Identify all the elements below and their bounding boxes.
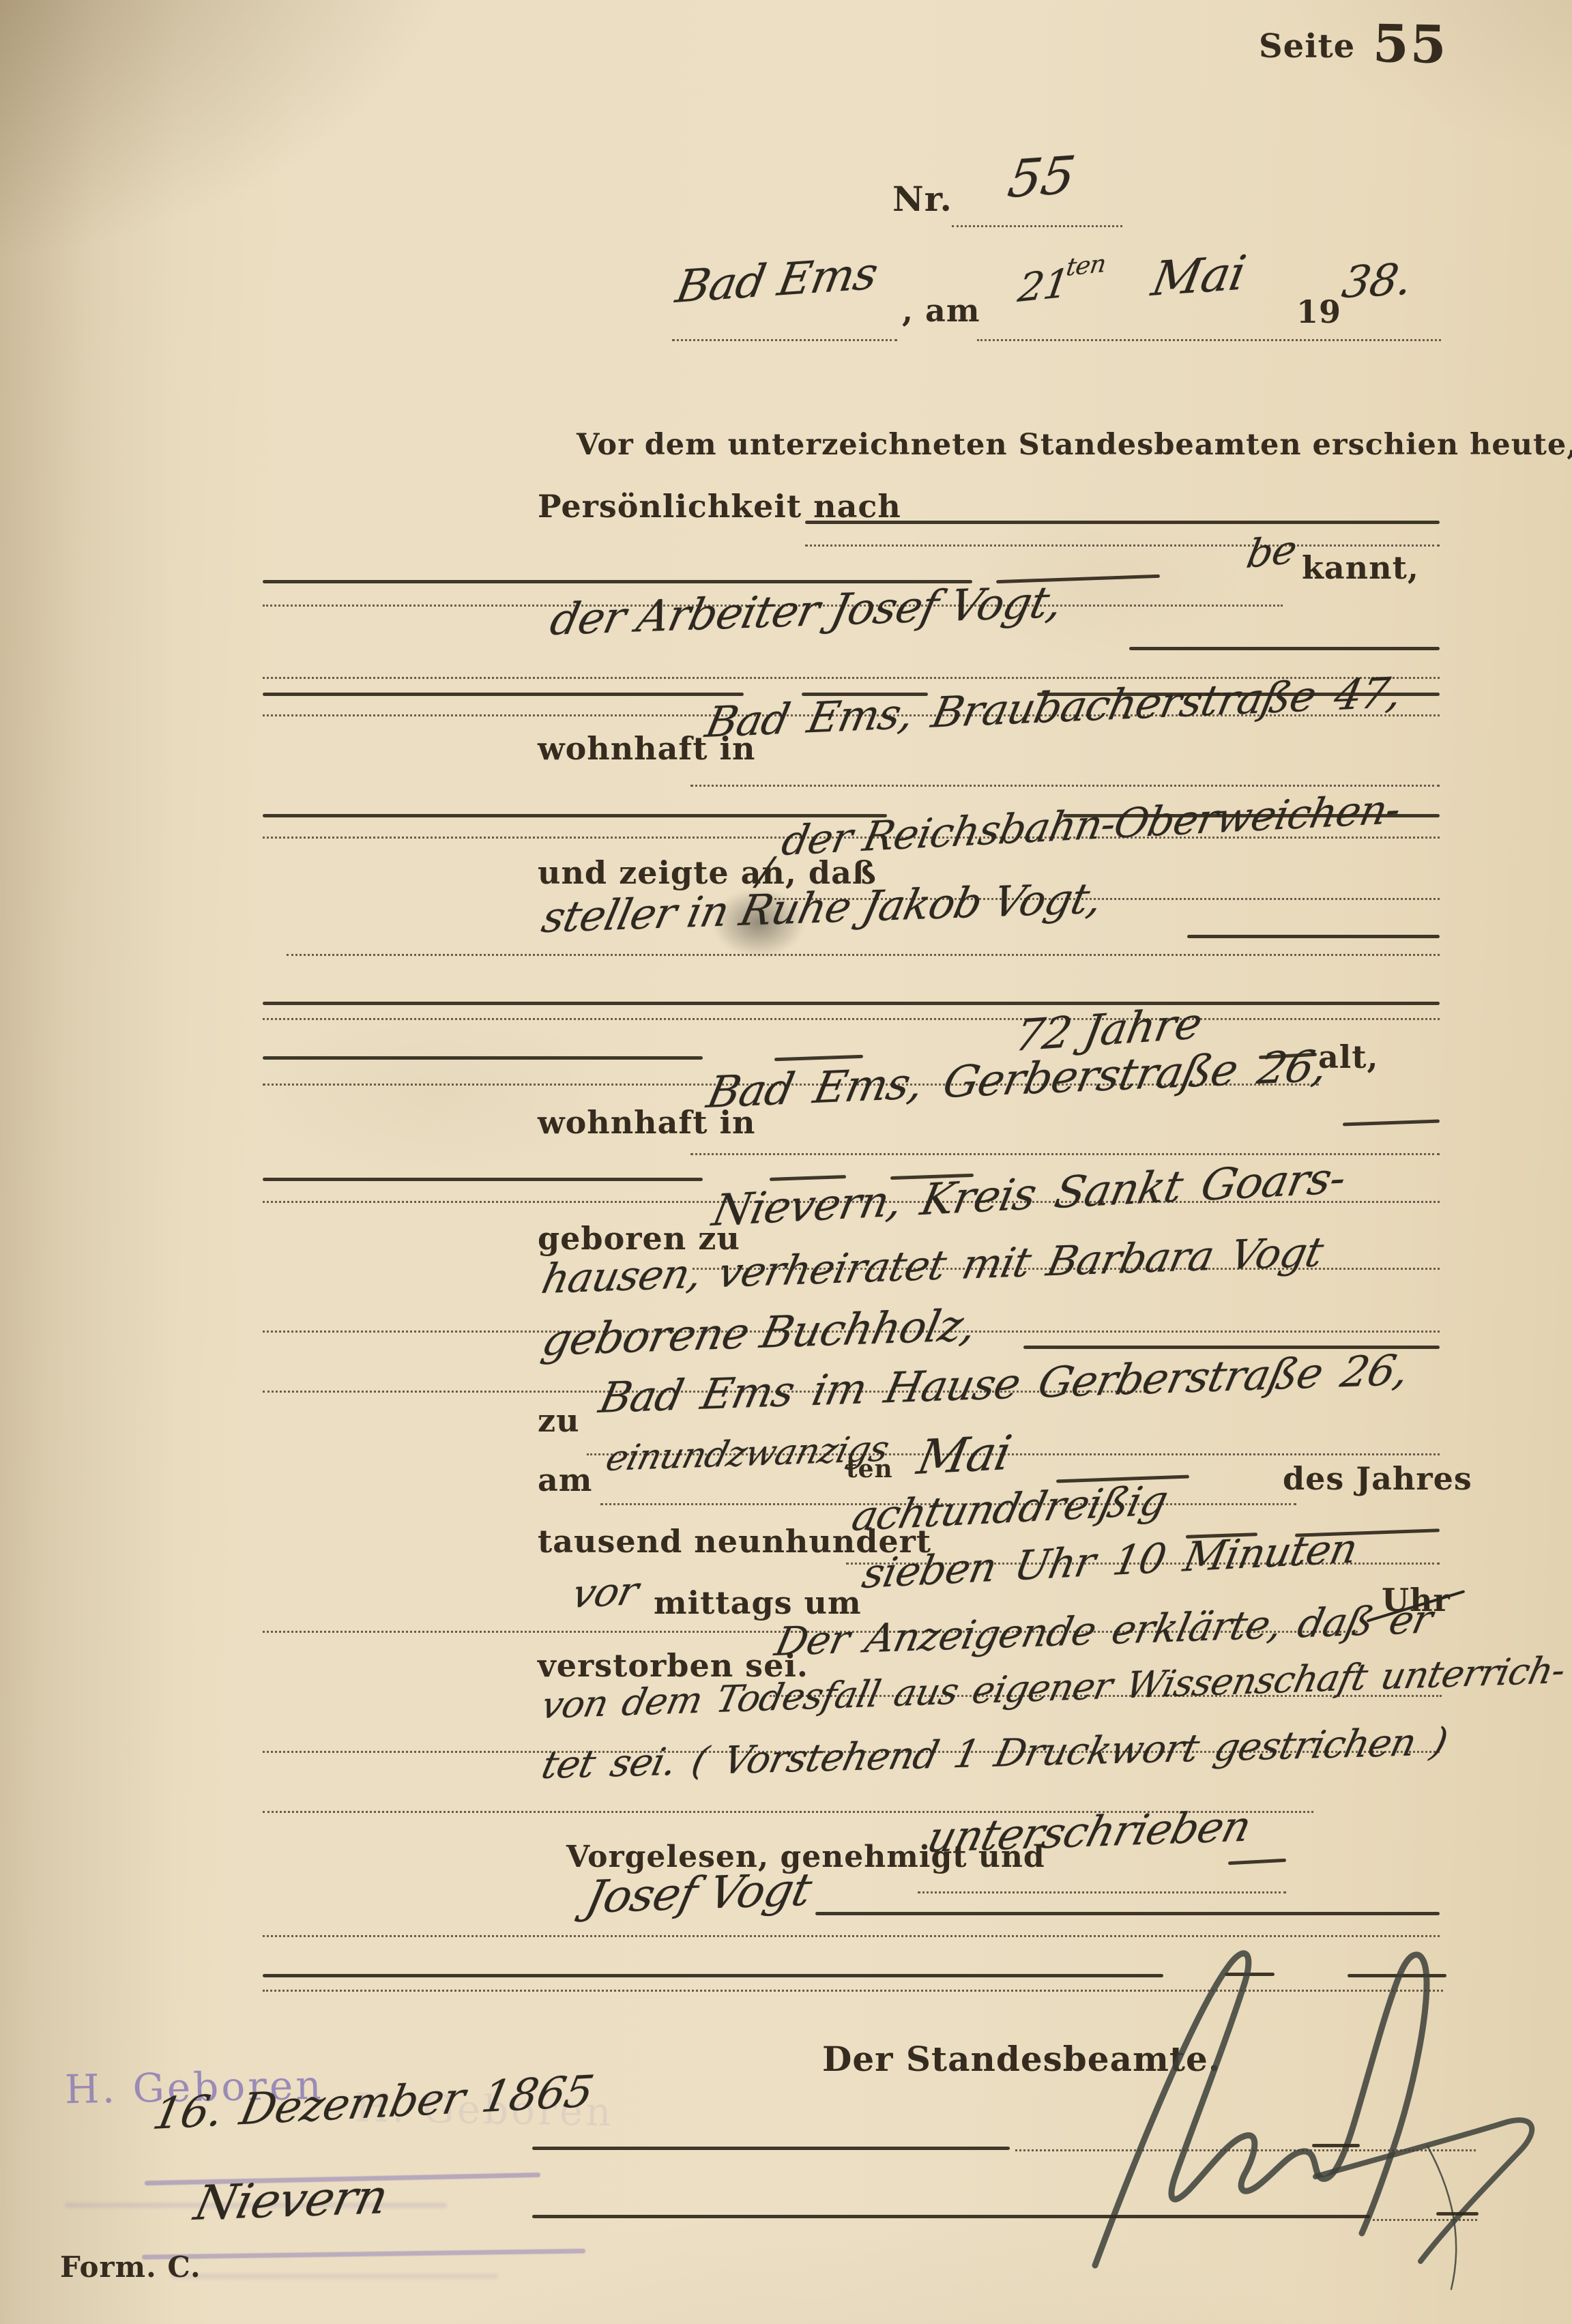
birth-place-hand: Nievern: [190, 2168, 392, 2231]
record-number-line: [952, 225, 1122, 227]
rule: [1187, 935, 1440, 938]
intro-line1: Vor dem unterzeichneten Standesbeamten e…: [577, 428, 1572, 462]
declarant-signature: Josef Vogt: [581, 1863, 816, 1923]
rule: [532, 2215, 1370, 2218]
day-hand: 21: [1015, 260, 1072, 311]
rule: [263, 580, 972, 583]
hand-dash: [1343, 1120, 1440, 1127]
rule: [1015, 2149, 1476, 2151]
hand-dash: [774, 1055, 863, 1062]
rule: [815, 1912, 1440, 1915]
rule: [263, 1974, 1163, 1977]
day-suffix-hand: ten: [1064, 250, 1107, 282]
closing-hand3: tet sei. ( Vorstehend 1 Druckwort gestri…: [538, 1720, 1451, 1788]
form-label: Form. C.: [60, 2250, 201, 2284]
month-hand: Mai: [1148, 245, 1249, 307]
rule: [805, 544, 1440, 547]
rule: [690, 785, 1440, 787]
rule: [918, 1891, 1286, 1893]
death-date-month-hand: Mai: [913, 1425, 1015, 1485]
rule: [805, 521, 1440, 524]
death-year-hand: achtunddreißig: [847, 1477, 1172, 1541]
rule: [263, 1056, 703, 1060]
death-register-page: Seite 55 Nr. 55 Bad Ems , am 21 ten Mai …: [0, 0, 1572, 2324]
stamp-smear: [171, 2274, 498, 2279]
rule: [1129, 647, 1440, 650]
rule: [263, 1018, 1440, 1020]
year-hand: 38.: [1339, 255, 1415, 308]
record-number-label: Nr.: [892, 179, 952, 219]
residence1-value-hand: Bad Ems, Braubacherstraße 47,: [701, 667, 1406, 747]
death-date-ten-label: ten: [846, 1455, 893, 1483]
am-label: , am: [902, 292, 980, 329]
rule: [1373, 2219, 1477, 2221]
kannt-label: kannt,: [1302, 549, 1419, 586]
rule: [263, 1935, 1440, 1937]
page-number: 55: [1372, 13, 1448, 75]
record-number-value: 55: [1004, 145, 1079, 209]
date-line-rule-right: [977, 339, 1441, 341]
stamp-underline: [142, 2248, 585, 2259]
be-hand: be: [1243, 526, 1300, 577]
ink-smudge: [711, 887, 806, 959]
death-place-label: zu: [538, 1402, 580, 1439]
mittags-label: mittags um: [654, 1584, 862, 1621]
hand-dash: [1436, 2212, 1479, 2216]
year-printed: 19: [1296, 293, 1341, 330]
declarant-line-hand: der Arbeiter Josef Vogt,: [546, 577, 1066, 645]
persoenlichkeit-label: Persönlichkeit nach: [538, 488, 901, 525]
hand-dash: [1312, 2144, 1360, 2147]
seite-label: Seite: [1259, 27, 1355, 66]
death-date-am-label: am: [538, 1462, 592, 1498]
unterschrieben-hand: unterschrieben: [922, 1801, 1256, 1862]
rule: [287, 954, 1440, 956]
rule: [532, 2147, 1010, 2150]
hand-dash: [1228, 1859, 1286, 1865]
vor-hand: vor: [568, 1567, 643, 1617]
date-line-rule-left: [672, 339, 897, 341]
birth-line3-hand: geborene Buchholz,: [538, 1301, 980, 1366]
rule: [263, 1002, 1440, 1005]
rule: [263, 693, 744, 696]
des-jahres-label: des Jahres: [1283, 1460, 1472, 1497]
official-signature: [1044, 1938, 1572, 2293]
notice-line1-hand: der Reichsbahn-Oberweichen-: [778, 785, 1404, 865]
closing-hand1: Der Anzeigende erklärte, daß er: [771, 1596, 1436, 1665]
birth-line1-hand: Nievern, Kreis Sankt Goars-: [708, 1153, 1350, 1236]
rule: [263, 1178, 703, 1181]
place-hand: Bad Ems: [672, 247, 882, 313]
